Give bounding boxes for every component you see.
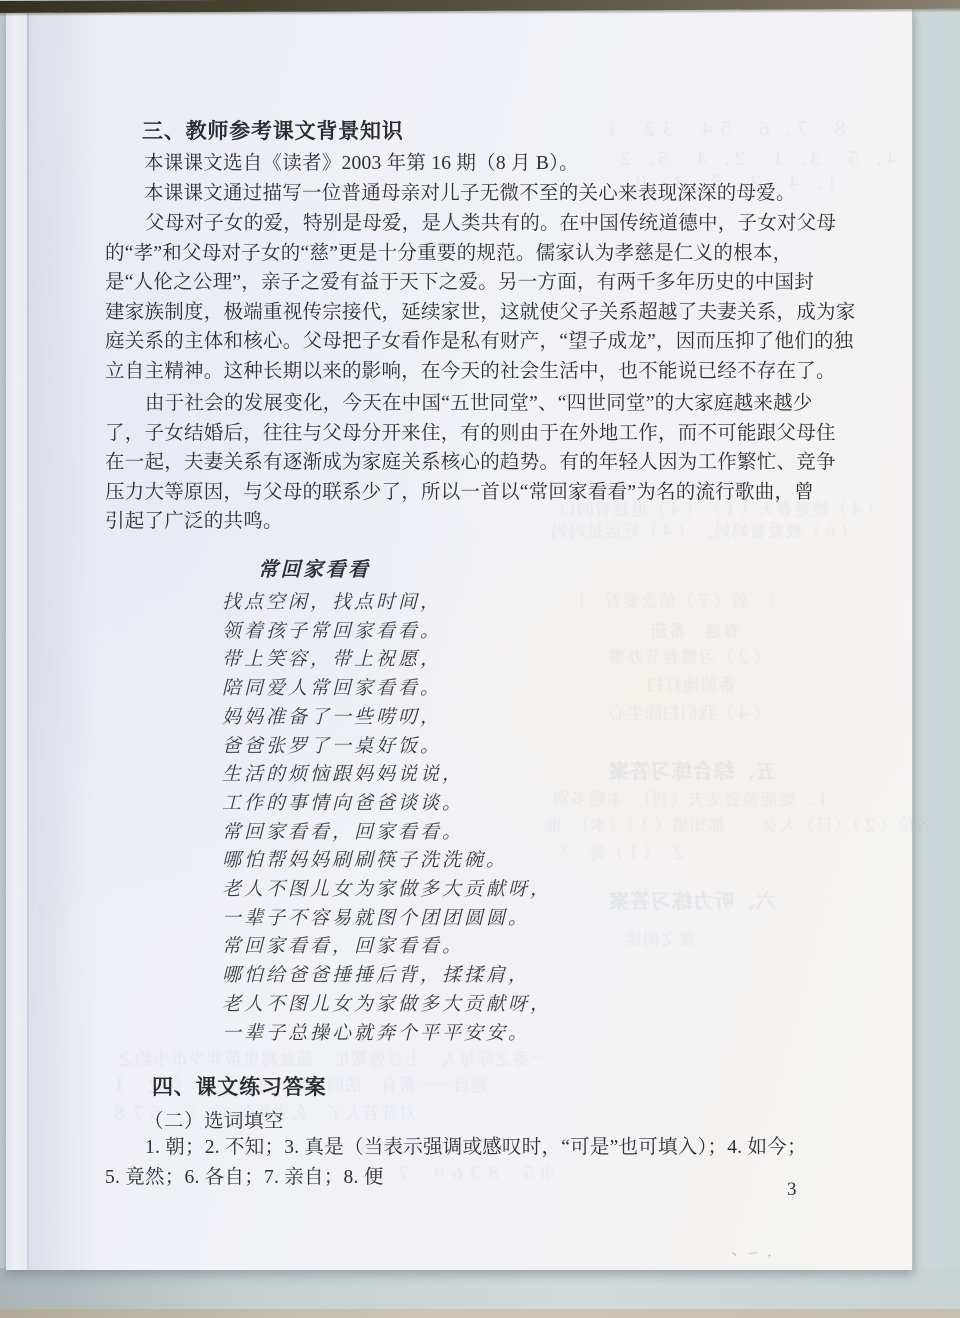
- bleedthrough-line: 番茄地打扫: [646, 671, 736, 696]
- text-line: 的“孝”和父母对子女的“慈”更是十分重要的规范。儒家认为孝慈是仁义的根本，: [105, 239, 856, 269]
- bleedthrough-line: 课文朗读: [624, 925, 696, 950]
- lyric-line: 哪怕帮妈妈刷刷筷子洗洗碗。: [222, 847, 552, 876]
- lyric-line: 老人不图儿女为家做多大贡献呀，: [222, 991, 552, 1020]
- text-line: 引起了广泛的共鸣。: [105, 507, 836, 537]
- paragraph-source: 本课课文选自《读者》2003 年第 16 期（8 月 B）。: [144, 149, 579, 179]
- text-line: 是“人伦之公理”，亲子之爱有益于天下之爱。另一方面，有两千多年历史的中国封: [105, 268, 856, 298]
- lyric-line: 爸爸张罗了一桌好饭。: [222, 733, 552, 762]
- bleedthrough-line: 六、听力练习答案: [608, 885, 776, 914]
- text-line: 庭关系的主体和核心。父母把子女看作是私有财产，“望子成龙”，因而压抑了他们的独: [105, 327, 856, 357]
- text-line: 了，子女结婚后，往往与父母分开来住，有的则由于在外地工作，而不可能跟父母住: [105, 419, 836, 449]
- answer-line: 1. 朝；2. 不知；3. 真是（当表示强调或感叹时，“可是”也可填入）；4. …: [105, 1133, 807, 1163]
- pencil-smudge: 丶 － ，: [728, 1243, 782, 1263]
- text-line: 建家族制度，极端重视传宗接代，延续家世，这就使父子关系超越了夫妻关系，成为家: [105, 298, 856, 328]
- lyric-line: 带上笑容，带上祝愿，: [222, 646, 552, 675]
- lyric-line: 一辈子总操心就奔个平平安安。: [222, 1020, 552, 1049]
- paragraph-social-change: 由于社会的发展变化，今天在中国“五世同堂”、“四世同堂”的大家庭越来越少了，子女…: [105, 389, 836, 537]
- bleedthrough-line: ４．５ ３．１ ２．４ ５．２: [616, 145, 901, 171]
- paragraph-summary: 本课课文通过描写一位普通母亲对儿子无微不至的关心来表现深深的母爱。: [144, 179, 796, 209]
- lyric-line: 工作的事情向爸爸谈谈。: [222, 790, 552, 819]
- answers-block: 1. 朝；2. 不知；3. 真是（当表示强调或感叹时，“可是”也可填入）；4. …: [105, 1133, 807, 1192]
- bleedthrough-line: 一番之际每人 土豆曾帮忙 茄盆窝里帮非少市小约之: [116, 1045, 548, 1070]
- bleedthrough-line: １．她能领会丈夫（刊） 本题多别: [552, 785, 832, 810]
- bleedthrough-line: （２）习惯春节办事: [608, 643, 770, 668]
- song-lyrics: 找点空闲，找点时间，领着孩子常回家看看。带上笑容，带上祝愿，陪同爱人常回家看看。…: [222, 589, 552, 1048]
- text-line: 由于社会的发展变化，今天在中国“五世同堂”、“四世同堂”的大家庭越来越少: [105, 389, 836, 419]
- lyric-line: 找点空闲，找点时间，: [222, 589, 552, 618]
- section-heading-teacher-background: 三、教师参考课文背景知识: [142, 115, 404, 145]
- page-edge-strip: [6, 9, 27, 1270]
- lyric-line: 老人不图儿女为家做多大贡献呀，: [222, 876, 552, 905]
- lyric-line: 常回家看看，回家看看。: [222, 819, 552, 848]
- subsection-heading-fill-in-words: （二）选词填空: [144, 1105, 284, 1133]
- text-line: 父母对子女的爱，特别是母爱，是人类共有的。在中国传统道德中，子女对父母: [105, 209, 856, 239]
- section-heading-exercise-answers: 四、课文练习答案: [152, 1071, 326, 1101]
- answer-line: 5. 竟然；6. 各自；7. 亲自；8. 便: [105, 1163, 807, 1193]
- bleedthrough-line: 各位（２）（日）大女 都知道（１）（本） 谁: [544, 811, 933, 836]
- lyric-line: 哪怕给爸爸捶捶后背，揉揉肩，: [222, 962, 552, 991]
- bleedthrough-line: （４）我们扫除尘心: [608, 699, 770, 724]
- lyric-line: 生活的烦恼跟妈妈说说，: [222, 761, 552, 790]
- scanner-background-edge: [0, 1309, 960, 1318]
- lyric-line: 妈妈准备了一些唠叨，: [222, 704, 552, 733]
- song-title: 常回家看看: [258, 553, 371, 582]
- page-number: 3: [787, 1179, 797, 1201]
- bleedthrough-line: ［ 曾（７）信念要看 ］: [568, 587, 784, 612]
- text-line: 在一起，夫妻关系有逐渐成为家庭关系核心的趋势。有的年轻人因为工作繁忙、竞争: [105, 448, 836, 478]
- bleedthrough-line: ２ （１）苛 ？: [552, 839, 688, 864]
- scanned-textbook-photo: { "document": { "section3": { "heading":…: [0, 0, 960, 1318]
- bleedthrough-line: ８ ７．６ ５４ ３２ １: [602, 115, 849, 141]
- lyric-line: 陪同爱人常回家看看。: [222, 675, 552, 704]
- lyric-line: 领着孩子常回家看看。: [222, 618, 552, 647]
- bleedthrough-line: 春遇 番茄: [650, 617, 740, 642]
- text-line: 立自主精神。这种长期以来的影响，在今天的社会生活中，也不能说已经不存在了。: [105, 357, 856, 387]
- lyric-line: 常回家看看，回家看看。: [222, 933, 552, 962]
- page-spine-shade: [29, 9, 99, 1270]
- book-page: ８ ７．６ ５４ ３２ １４．５ ３．１ ２．４ ５．２１．４ ２．５ ３．Ｂ（…: [6, 9, 913, 1270]
- text-line: 压力大等原因，与父母的联系少了，所以一首以“常回家看看”为名的流行歌曲，曾: [105, 478, 836, 508]
- paragraph-parental-love: 父母对子女的爱，特别是母爱，是人类共有的。在中国传统道德中，子女对父母的“孝”和…: [105, 209, 856, 387]
- bleedthrough-line: 五、综合练习答案: [608, 755, 776, 784]
- lyric-line: 一辈子不容易就图个团团圆圆。: [222, 905, 552, 934]
